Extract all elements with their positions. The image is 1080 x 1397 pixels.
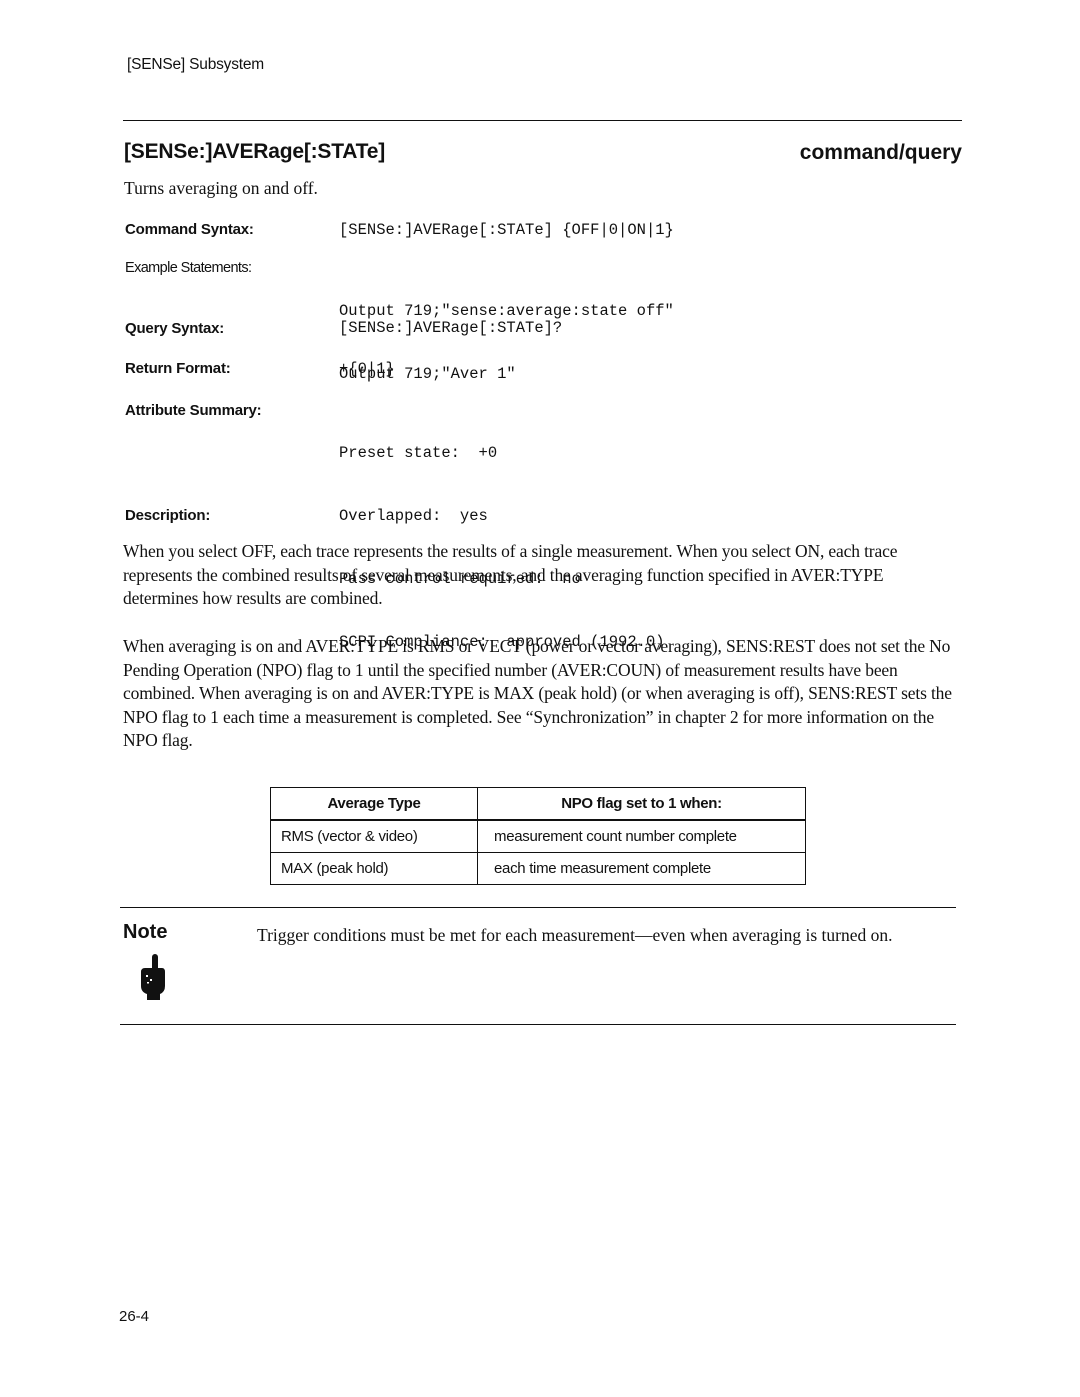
npo-table: Average Type NPO flag set to 1 when: RMS… [270,787,806,885]
table-row: MAX (peak hold) each time measurement co… [271,853,806,885]
table-cell: each time measurement complete [478,853,806,885]
note-text: Trigger conditions must be met for each … [257,922,947,948]
note-bottom-rule [120,1024,956,1025]
return-format-label: Return Format: [125,360,231,377]
column-header: NPO flag set to 1 when: [478,788,806,821]
table-cell: measurement count number complete [478,820,806,853]
description-label: Description: [125,507,210,524]
command-summary: Turns averaging on and off. [124,178,318,199]
attribute-line: Overlapped: yes [339,506,665,527]
command-title: [SENSe:]AVERage[:STATe] [124,140,385,164]
attribute-summary-label: Attribute Summary: [125,402,261,419]
column-header: Average Type [271,788,478,821]
query-syntax-value: [SENSe:]AVERage[:STATe]? [339,318,562,339]
running-head: [SENSe] Subsystem [127,56,264,74]
command-syntax-label: Command Syntax: [125,221,254,238]
note-top-rule [120,907,956,908]
table-cell: MAX (peak hold) [271,853,478,885]
page-number: 26-4 [119,1308,149,1325]
note-label: Note [123,921,167,944]
attribute-summary-value: Preset state: +0 Overlapped: yes Pass co… [339,401,665,674]
table-row: RMS (vector & video) measurement count n… [271,820,806,853]
return-format-value: +{0|1} [339,359,395,380]
command-kind: command/query [800,141,962,165]
description-paragraph: When averaging is on and AVER:TYPE is RM… [123,635,953,753]
header-rule [123,120,962,121]
pointing-hand-icon [138,952,168,1002]
command-syntax-value: [SENSe:]AVERage[:STATe] {OFF|0|ON|1} [339,220,674,241]
table-cell: RMS (vector & video) [271,820,478,853]
table-header-row: Average Type NPO flag set to 1 when: [271,788,806,821]
example-statements-label: Example Statements: [125,260,251,276]
query-syntax-label: Query Syntax: [125,320,224,337]
attribute-line: Preset state: +0 [339,443,665,464]
description-paragraph: When you select OFF, each trace represen… [123,540,953,611]
